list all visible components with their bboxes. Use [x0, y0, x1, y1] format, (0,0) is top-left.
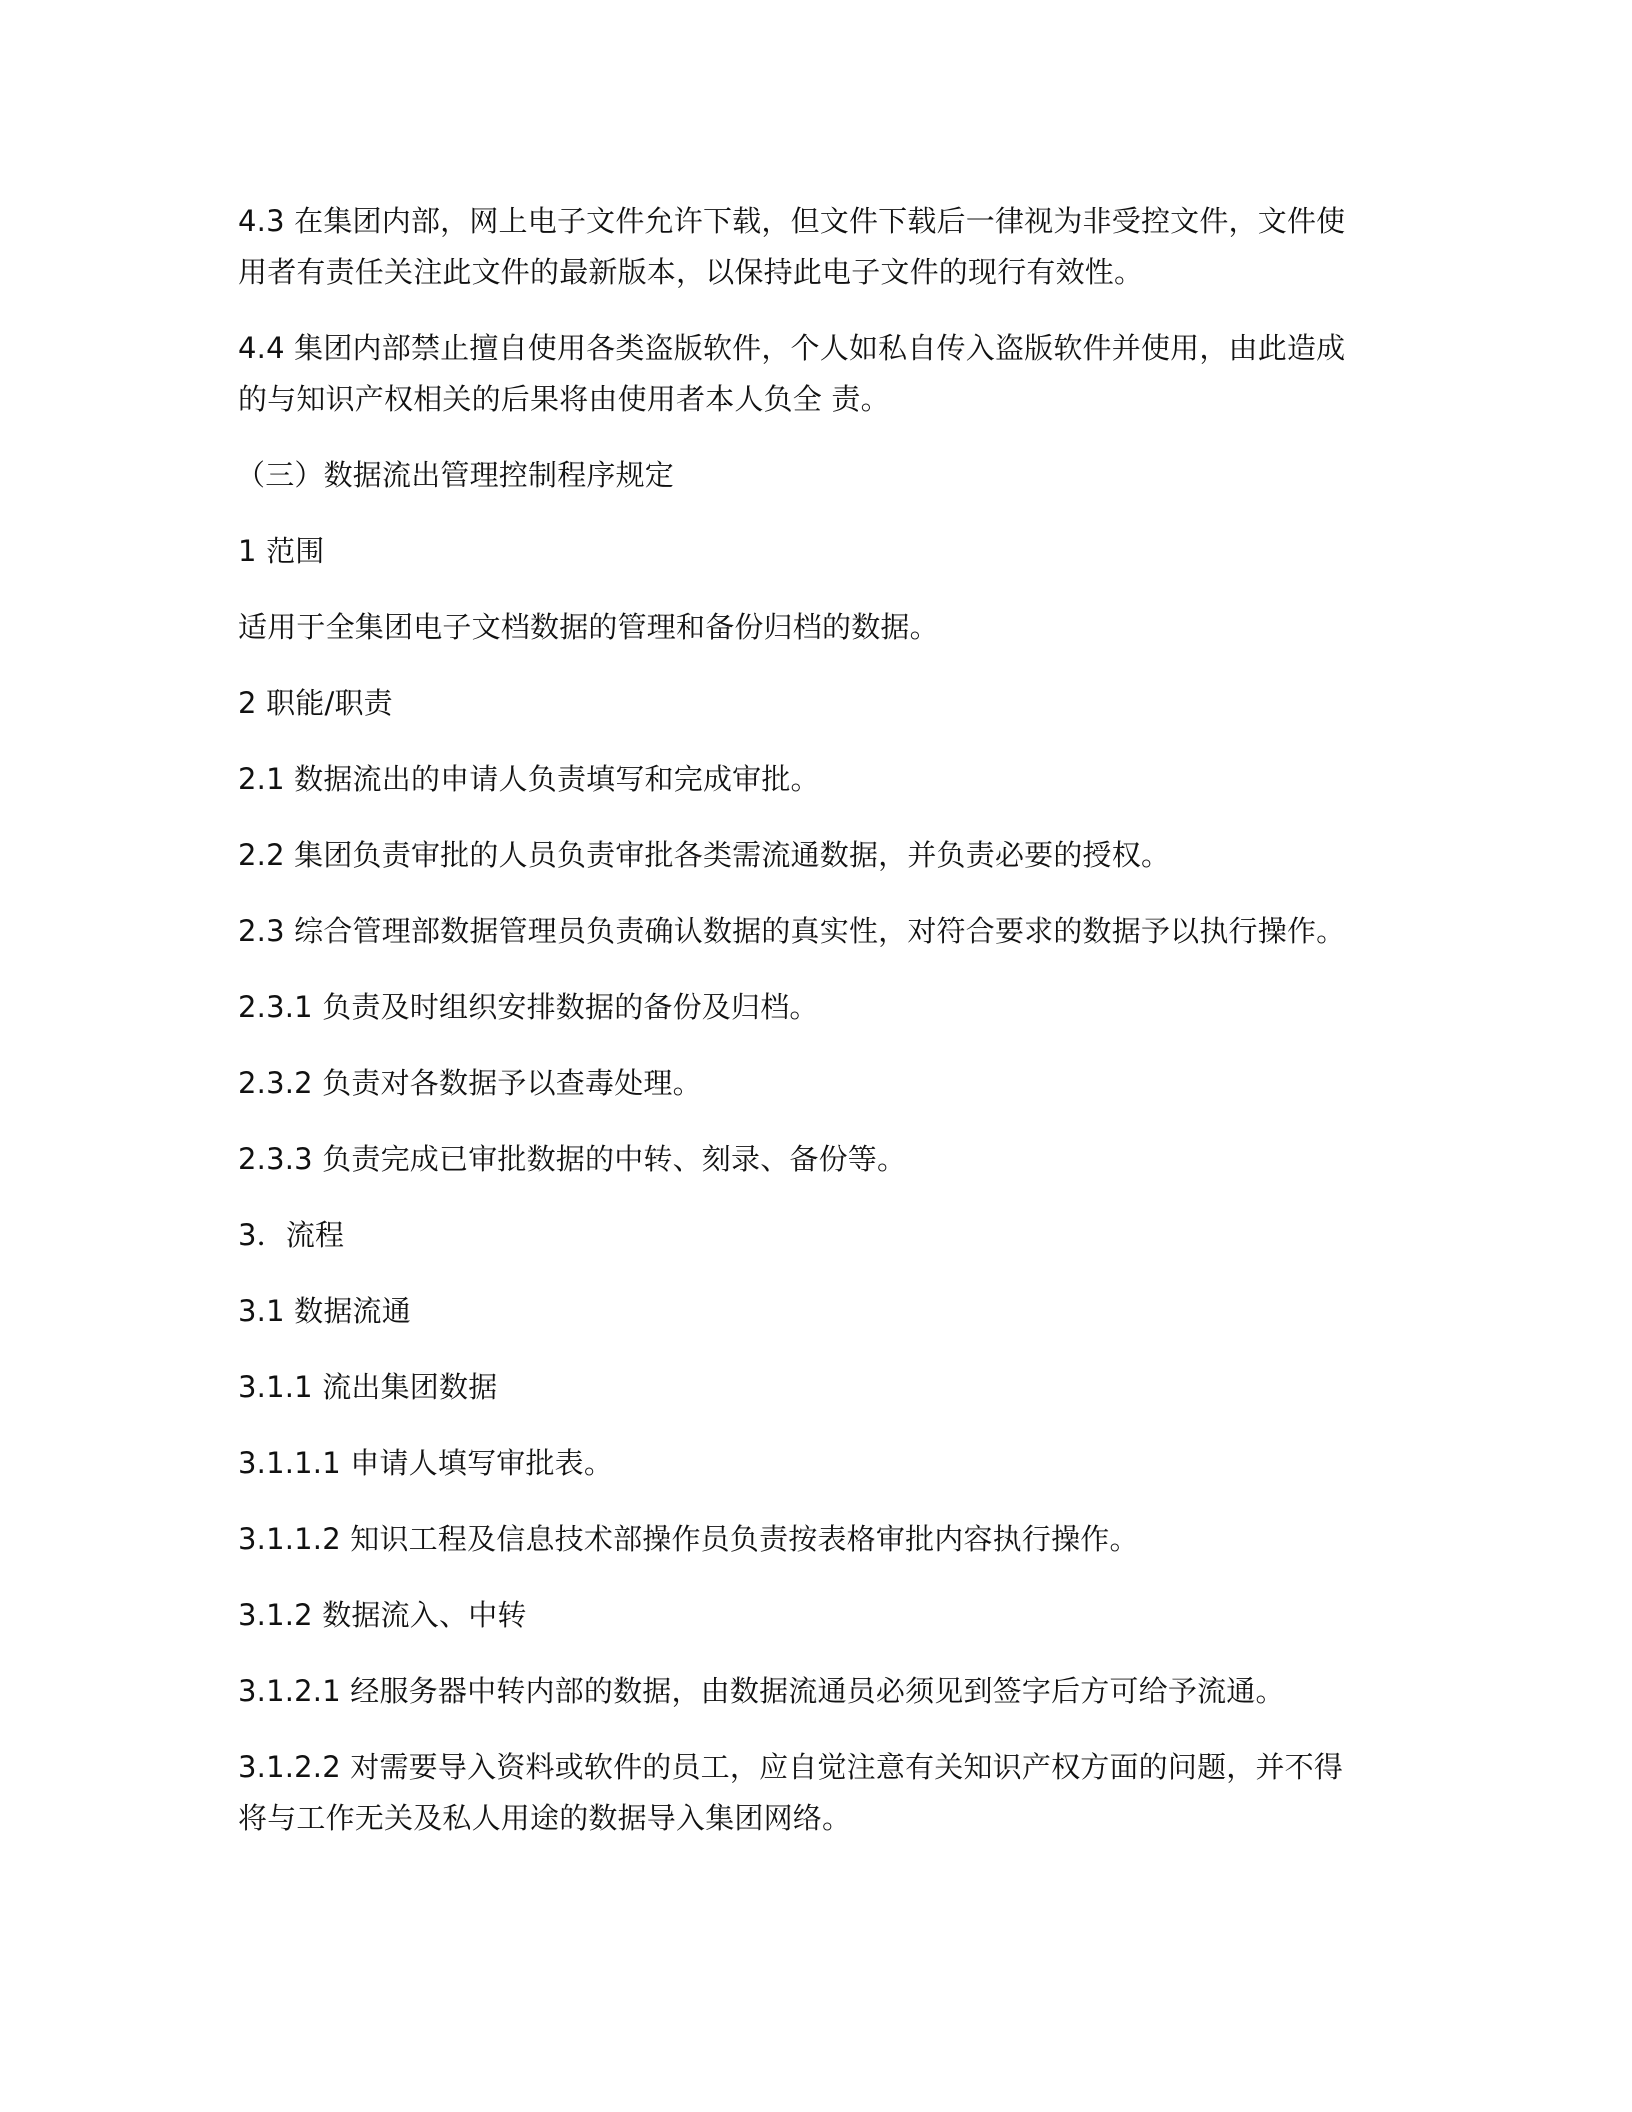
paragraph-4-4: 4.4 集团内部禁止擅自使用各类盗版软件，个人如私自传入盗版软件并使用，由此造成… [238, 323, 1370, 425]
paragraph-scope: 适用于全集团电子文档数据的管理和备份归档的数据。 [238, 602, 1370, 653]
paragraph-3-1-1-1: 3.1.1.1 申请人填写审批表。 [238, 1438, 1370, 1489]
paragraph-2-2: 2.2 集团负责审批的人员负责审批各类需流通数据，并负责必要的授权。 [238, 830, 1370, 881]
paragraph-2-3: 2.3 综合管理部数据管理员负责确认数据的真实性，对符合要求的数据予以执行操作。 [238, 906, 1370, 957]
heading-scope: 1 范围 [238, 526, 1370, 577]
heading-3-1-2: 3.1.2 数据流入、中转 [238, 1590, 1370, 1641]
paragraph-3-1-1-2: 3.1.1.2 知识工程及信息技术部操作员负责按表格审批内容执行操作。 [238, 1514, 1370, 1565]
heading-process: 3．流程 [238, 1210, 1370, 1261]
paragraph-3-1-2-2: 3.1.2.2 对需要导入资料或软件的员工，应自觉注意有关知识产权方面的问题，并… [238, 1742, 1370, 1844]
paragraph-4-3: 4.3 在集团内部，网上电子文件允许下载，但文件下载后一律视为非受控文件，文件使… [238, 196, 1370, 298]
paragraph-3-1-2-1: 3.1.2.1 经服务器中转内部的数据，由数据流通员必须见到签字后方可给予流通。 [238, 1666, 1370, 1717]
paragraph-2-3-1: 2.3.1 负责及时组织安排数据的备份及归档。 [238, 982, 1370, 1033]
paragraph-2-1: 2.1 数据流出的申请人负责填写和完成审批。 [238, 754, 1370, 805]
document-page: 4.3 在集团内部，网上电子文件允许下载，但文件下载后一律视为非受控文件，文件使… [238, 196, 1370, 1869]
heading-3-1: 3.1 数据流通 [238, 1286, 1370, 1337]
heading-responsibilities: 2 职能/职责 [238, 678, 1370, 729]
heading-3-1-1: 3.1.1 流出集团数据 [238, 1362, 1370, 1413]
paragraph-2-3-2: 2.3.2 负责对各数据予以查毒处理。 [238, 1058, 1370, 1109]
section-title-data-outflow: （三）数据流出管理控制程序规定 [236, 450, 1370, 501]
paragraph-2-3-3: 2.3.3 负责完成已审批数据的中转、刻录、备份等。 [238, 1134, 1370, 1185]
